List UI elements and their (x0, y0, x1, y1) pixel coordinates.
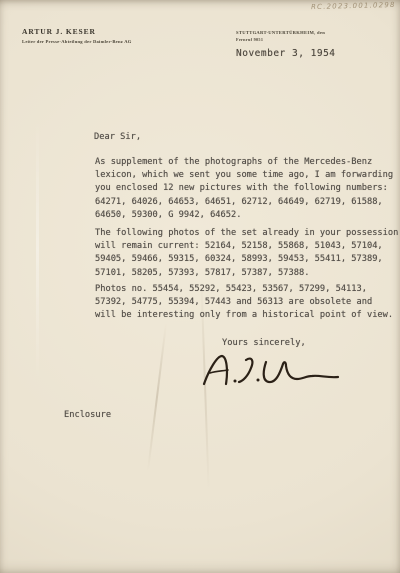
pencil-catalog-number: RC.2023.001.0298 (311, 1, 396, 11)
salutation: Dear Sir, (94, 131, 141, 144)
handwritten-signature (200, 351, 342, 393)
sender-name: ARTUR J. KESER (22, 27, 132, 36)
signature-strokes (200, 351, 342, 393)
letterhead-sender: ARTUR J. KESER Leiter der Presse-Abteilu… (22, 27, 132, 44)
letter-page: RC.2023.001.0298 ARTUR J. KESER Leiter d… (0, 0, 400, 573)
letter-date: November 3, 1954 (236, 48, 336, 59)
phone-line: Fernruf 9051 (236, 37, 336, 42)
body-paragraph-2: The following photos of the set already … (95, 227, 398, 280)
sender-title: Leiter der Presse-Abteilung der Daimler-… (22, 39, 132, 44)
paper-crease (147, 322, 167, 471)
closing-line: Yours sincerely, (222, 337, 306, 350)
letterhead-place-date: STUTTGART-UNTERTÜRKHEIM, den Fernruf 905… (236, 30, 336, 59)
body-paragraph-1: As supplement of the photographs of the … (95, 156, 393, 222)
paper-crease (36, 120, 39, 380)
body-paragraph-3: Photos no. 55454, 55292, 55423, 53567, 5… (95, 283, 393, 323)
place-line: STUTTGART-UNTERTÜRKHEIM, den (236, 30, 336, 35)
enclosure-note: Enclosure (64, 409, 111, 422)
